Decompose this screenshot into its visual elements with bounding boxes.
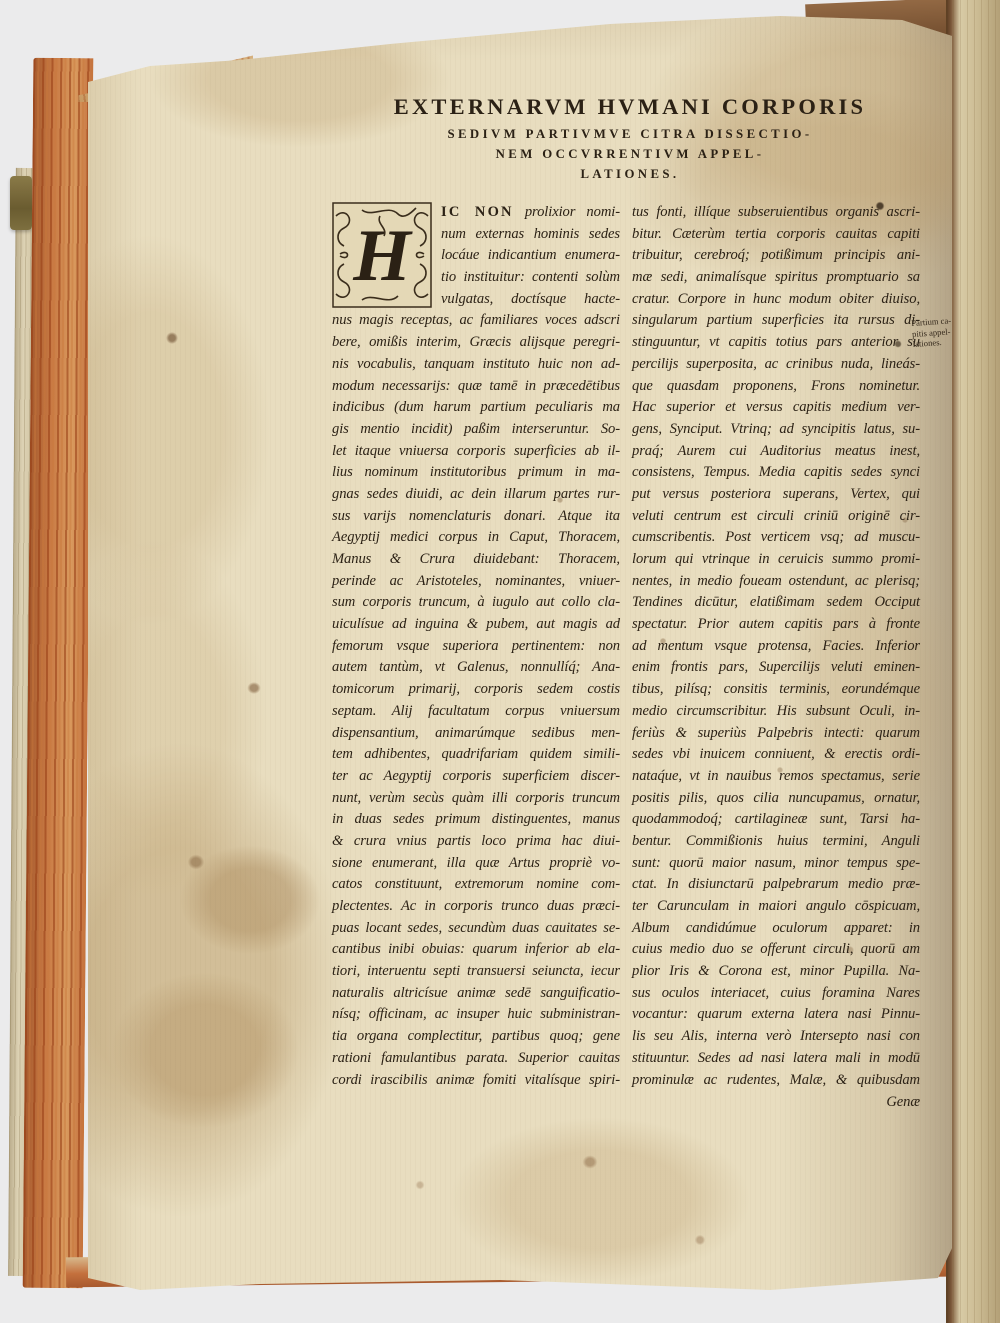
text-line: que quasdam proponens, Frons nominetur.: [632, 376, 920, 398]
opening-capitals: IC NON: [441, 204, 514, 220]
text-line: stituuntur. Sedes ad nasi latera mali in…: [632, 1048, 920, 1070]
text-line: dispensantium, animarúmque sedibus men-: [332, 723, 620, 745]
facing-page-edge: [946, 0, 1000, 1323]
text-line: enim frontis pars, Supercilijs veluti em…: [632, 657, 920, 679]
text-line: in duas sedes primum distinguentes, manu…: [332, 809, 620, 831]
text-line: percilijs superposita, ac crinibus nuda,…: [632, 354, 920, 376]
text-line: rationi famulantibus parata. Superior ca…: [332, 1048, 620, 1070]
text-line: nus magis receptas, ac familiares voces …: [332, 310, 620, 332]
text-line: spectatur. Prior autem capitis pars à fr…: [632, 614, 920, 636]
text-line: tus fonti, illíque subseruientibus organ…: [632, 202, 920, 224]
text-line: ter ac Aegyptij corporis superficiem dis…: [332, 766, 620, 788]
text-line: positis pilis, quos cilia nuncupamus, or…: [632, 788, 920, 810]
text-line: lius nominum institutoribus primum in ma…: [332, 462, 620, 484]
text-line: tribuitur, cerebroq́; potißimum principi…: [632, 245, 920, 267]
text-line: tiori, interuentu septi transuersi seiun…: [332, 961, 620, 983]
text-line: Album candidúmue oculorum apparet: in: [632, 918, 920, 940]
heading-line-1: EXTERNARVM HVMANI CORPORIS: [350, 94, 910, 120]
text-line: nis vocabulis, tanquam instituto huic no…: [332, 354, 620, 376]
text-line: bere, omißis interim, Græcis alijsque pe…: [332, 332, 620, 354]
text-line: plectentes. Ac in corporis trunco duas p…: [332, 896, 620, 918]
text-line: cumscribentis. Post verticem vsq; ad mus…: [632, 527, 920, 549]
text-line: cratur. Corpore in hunc modum obiter diu…: [632, 289, 920, 311]
text-line: ter Carunculam in maiori angulo cōspicua…: [632, 896, 920, 918]
book-page: EXTERNARVM HVMANI CORPORIS SEDIVM PARTIV…: [80, 10, 952, 1295]
heading-line-2: SEDIVM PARTIVMVE CITRA DISSECTIO-: [350, 127, 910, 142]
text-line: catos constituunt, extremorum nomine com…: [332, 874, 620, 896]
margin-note: Partium ca-pitis appel-lationes.: [911, 314, 971, 350]
drop-cap-letter: H: [352, 215, 413, 297]
text-line: put versus posteriora superans, Vertex, …: [632, 484, 920, 506]
text-line: Aegyptij medici corpus in Caput, Thorace…: [332, 527, 620, 549]
text-line: autem tantùm, vt Galenus, nonnullíq́; An…: [332, 657, 620, 679]
text-line: sum corporis truncum, à iugulo aut collo…: [332, 592, 620, 614]
text-line: sunt: quorū maior nasum, minor tempus sp…: [632, 853, 920, 875]
text-line: cuius medio duo se offerunt circuli, quo…: [632, 939, 920, 961]
opening-rest: prolixior nomi-: [525, 204, 620, 220]
catchword: Genæ: [632, 1092, 920, 1114]
text-line: naturalis altricísue animæ sedē sanguifi…: [332, 983, 620, 1005]
text-line: stinguuntur, vt capitis totius pars ante…: [632, 332, 920, 354]
text-line: tem adhibentes, quadrifariam quidem simi…: [332, 744, 620, 766]
left-column-lines: nus magis receptas, ac familiares voces …: [332, 310, 620, 1091]
text-line: lorum qui vtrinque in ceruicis summo pro…: [632, 549, 920, 571]
text-line: quodammodoq́; cartilagineæ sunt, Tarsi h…: [632, 809, 920, 831]
text-line: Manus & Crura diuidebant: Thoracem,: [332, 549, 620, 571]
text-line: ad mentum vsque protensa, Facies. Inferi…: [632, 636, 920, 658]
right-text-column: tus fonti, illíque subseruientibus organ…: [632, 202, 920, 1114]
text-line: perinde ac Aristoteles, nominantes, vniu…: [332, 571, 620, 593]
text-line: sedes vbi inuicem conniuent, & erectis o…: [632, 744, 920, 766]
text-line: bentur. Commißionis huius termini, Angul…: [632, 831, 920, 853]
text-line: prominulæ ac rudentes, Malæ, & quibusdam: [632, 1070, 920, 1092]
text-line: septam. Alij facultatum corpus vniuersum: [332, 701, 620, 723]
text-line: consistens, Tempus. Media capitis sedes …: [632, 462, 920, 484]
text-line: lis seu Alis, interna verò Intersepto na…: [632, 1026, 920, 1048]
text-line: singularum partium superficies ita rursu…: [632, 310, 920, 332]
text-line: nísq; officinam, ac insuper huic submini…: [332, 1004, 620, 1026]
text-line: Tendines dicūtur, elatißimam sedem Occip…: [632, 592, 920, 614]
text-line: puas locant sedes, secundùm duas cauitat…: [332, 918, 620, 940]
drop-cap-woodcut: H: [332, 202, 432, 308]
text-line: nunt, verùm secùs quàm illi corporis tru…: [332, 788, 620, 810]
page-heading: EXTERNARVM HVMANI CORPORIS SEDIVM PARTIV…: [350, 94, 910, 182]
book-clasp: [10, 176, 32, 230]
text-line: tia organa complectitur, partibus quoq; …: [332, 1026, 620, 1048]
text-line: nataq́ue, vt in nauibus remos spectamus,…: [632, 766, 920, 788]
heading-line-4: LATIONES.: [350, 167, 910, 182]
text-line: femorum vsque superiora pertinentem: non: [332, 636, 620, 658]
text-line: gens, Synciput. Vtrinq; ad syncipitis la…: [632, 419, 920, 441]
book-fore-edge: [23, 58, 94, 1288]
text-line: tibus, pilísq; consitis terminis, eorund…: [632, 679, 920, 701]
text-line: indicibus (dum harum partium peculiaris …: [332, 397, 620, 419]
text-line: ctat. In disiunctarū palpebrarum medio p…: [632, 874, 920, 896]
text-line: sus oculos interiacet, cuius foramina Na…: [632, 983, 920, 1005]
text-line: veluti centrum est circuli criniū origin…: [632, 506, 920, 528]
text-line: nentes, in medio foueam ostendunt, ac pl…: [632, 571, 920, 593]
text-line: sione enumerant, illa quæ Artus propriè …: [332, 853, 620, 875]
text-line: tomicorum primarij, corporis sedem costi…: [332, 679, 620, 701]
text-line: uiculísue ad inguina & pubem, aut magis …: [332, 614, 620, 636]
text-line: modum necessarijs: quæ tamē in præcedēti…: [332, 376, 620, 398]
text-line: gnas sedes diuidi, ac dein illarum parte…: [332, 484, 620, 506]
text-line: plior Iris & Corona est, minor Pupilla. …: [632, 961, 920, 983]
text-line: praq́; Aurem cui Auditorius meatus inest…: [632, 441, 920, 463]
text-line: sus varijs nomenclaturis donari. Atque i…: [332, 506, 620, 528]
left-text-column: H IC NON prolixior nomi- num externas ho…: [332, 202, 620, 1091]
text-line: cantibus inibi obuias: quarum inferior a…: [332, 939, 620, 961]
text-line: cordi irascibilis animæ fomiti vitalísqu…: [332, 1070, 620, 1092]
text-line: let itaque vniuersa corporis superficies…: [332, 441, 620, 463]
text-line: mæ sedi, animalísque spiritus promptuari…: [632, 267, 920, 289]
text-line: Hac superior et versus capitis medium ve…: [632, 397, 920, 419]
text-line: bitur. Cæterùm tertia corporis cauitas c…: [632, 224, 920, 246]
heading-line-3: NEM OCCVRRENTIVM APPEL-: [350, 147, 910, 162]
text-line: feriùs & superiùs Palpebris intecti: qua…: [632, 723, 920, 745]
text-line: vocantur: quarum externa latera nasi Pin…: [632, 1004, 920, 1026]
right-column-lines: tus fonti, illíque subseruientibus organ…: [632, 202, 920, 1091]
text-line: medio circumscribitur. His subsunt Oculi…: [632, 701, 920, 723]
text-line: gis mentio incidit) paßim interseruntur.…: [332, 419, 620, 441]
text-line: & crura vnius partis loco prima hac diui…: [332, 831, 620, 853]
